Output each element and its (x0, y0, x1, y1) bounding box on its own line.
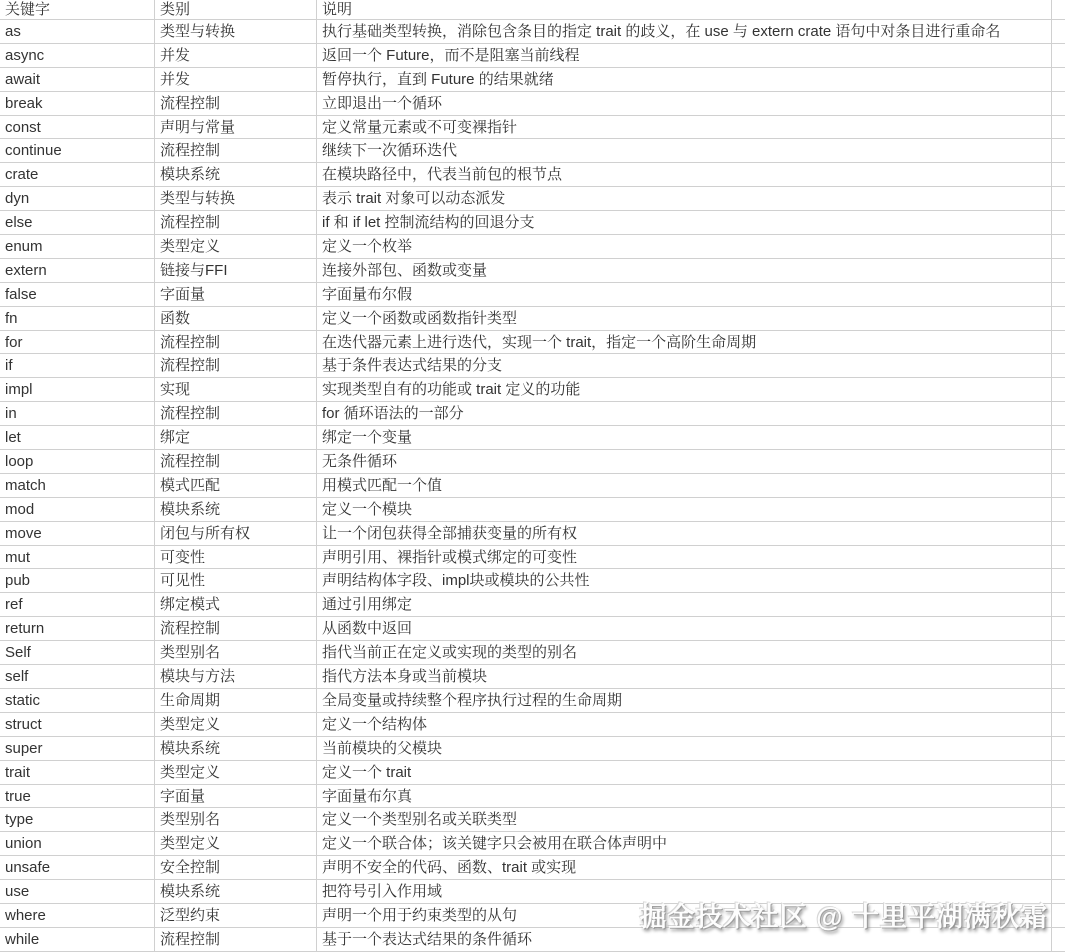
table-row: dyn类型与转换表示 trait 对象可以动态派发 (0, 187, 1065, 211)
category-cell[interactable]: 闭包与所有权 (155, 522, 317, 546)
extra-cell[interactable] (1052, 569, 1065, 593)
description-cell[interactable]: 表示 trait 对象可以动态派发 (317, 187, 1052, 211)
header-category: 类别 (155, 0, 317, 20)
description-cell[interactable]: 定义一个模块 (317, 498, 1052, 522)
category-cell[interactable]: 类型别名 (155, 641, 317, 665)
keyword-cell[interactable]: fn (0, 307, 155, 331)
category-cell[interactable]: 安全控制 (155, 856, 317, 880)
description-cell[interactable]: 定义一个函数或函数指针类型 (317, 307, 1052, 331)
category-cell[interactable]: 可见性 (155, 569, 317, 593)
header-extra-cell (1052, 0, 1065, 20)
extra-cell[interactable] (1052, 546, 1065, 570)
table-row: pub可见性声明结构体字段、impl块或模块的公共性 (0, 569, 1065, 593)
keyword-cell[interactable]: self (0, 665, 155, 689)
keyword-cell[interactable]: type (0, 808, 155, 832)
table-body: as类型与转换执行基础类型转换，消除包含条目的指定 trait 的歧义，在 us… (0, 20, 1065, 952)
extra-cell[interactable] (1052, 785, 1065, 809)
keyword-cell[interactable]: struct (0, 713, 155, 737)
extra-cell[interactable] (1052, 450, 1065, 474)
extra-cell[interactable] (1052, 163, 1065, 187)
keyword-cell[interactable]: const (0, 116, 155, 140)
extra-cell[interactable] (1052, 68, 1065, 92)
table-row: fn函数定义一个函数或函数指针类型 (0, 307, 1065, 331)
table-row: as类型与转换执行基础类型转换，消除包含条目的指定 trait 的歧义，在 us… (0, 20, 1065, 44)
description-cell[interactable]: 当前模块的父模块 (317, 737, 1052, 761)
extra-cell[interactable] (1052, 641, 1065, 665)
keyword-cell[interactable]: match (0, 474, 155, 498)
extra-cell[interactable] (1052, 761, 1065, 785)
description-cell[interactable]: 无条件循环 (317, 450, 1052, 474)
table-row: Self类型别名指代当前正在定义或实现的类型的别名 (0, 641, 1065, 665)
description-cell[interactable]: 实现类型自有的功能或 trait 定义的功能 (317, 378, 1052, 402)
description-cell[interactable]: 从函数中返回 (317, 617, 1052, 641)
category-cell[interactable]: 流程控制 (155, 402, 317, 426)
description-cell[interactable]: 字面量布尔真 (317, 785, 1052, 809)
extra-cell[interactable] (1052, 498, 1065, 522)
table-row: continue流程控制继续下一次循环迭代 (0, 139, 1065, 163)
category-cell[interactable]: 流程控制 (155, 450, 317, 474)
table-row: extern链接与FFI连接外部包、函数或变量 (0, 259, 1065, 283)
table-row: if流程控制基于条件表达式结果的分支 (0, 354, 1065, 378)
category-cell[interactable]: 模块系统 (155, 498, 317, 522)
header-keyword: 关键字 (0, 0, 155, 20)
extra-cell[interactable] (1052, 187, 1065, 211)
description-cell[interactable]: 基于条件表达式结果的分支 (317, 354, 1052, 378)
description-cell[interactable]: 绑定一个变量 (317, 426, 1052, 450)
category-cell[interactable]: 绑定模式 (155, 593, 317, 617)
table-row: match模式匹配用模式匹配一个值 (0, 474, 1065, 498)
keyword-cell[interactable]: dyn (0, 187, 155, 211)
description-cell[interactable]: 通过引用绑定 (317, 593, 1052, 617)
table-row: true字面量字面量布尔真 (0, 785, 1065, 809)
description-cell[interactable]: 执行基础类型转换，消除包含条目的指定 trait 的歧义，在 use 与 ext… (317, 20, 1052, 44)
extra-cell[interactable] (1052, 235, 1065, 259)
extra-cell[interactable] (1052, 522, 1065, 546)
category-cell[interactable]: 字面量 (155, 283, 317, 307)
keyword-cell[interactable]: where (0, 904, 155, 928)
category-cell[interactable]: 类型与转换 (155, 187, 317, 211)
table-row: let绑定绑定一个变量 (0, 426, 1065, 450)
extra-cell[interactable] (1052, 20, 1065, 44)
keyword-cell[interactable]: await (0, 68, 155, 92)
extra-cell[interactable] (1052, 808, 1065, 832)
table-row: move闭包与所有权让一个闭包获得全部捕获变量的所有权 (0, 522, 1065, 546)
category-cell[interactable]: 模块系统 (155, 880, 317, 904)
category-cell[interactable]: 流程控制 (155, 617, 317, 641)
category-cell[interactable]: 模式匹配 (155, 474, 317, 498)
table-row: self模块与方法指代方法本身或当前模块 (0, 665, 1065, 689)
extra-cell[interactable] (1052, 402, 1065, 426)
table-row: mut可变性声明引用、裸指针或模式绑定的可变性 (0, 546, 1065, 570)
category-cell[interactable]: 函数 (155, 307, 317, 331)
category-cell[interactable]: 并发 (155, 68, 317, 92)
table-row: unsafe安全控制声明不安全的代码、函数、trait 或实现 (0, 856, 1065, 880)
extra-cell[interactable] (1052, 283, 1065, 307)
keyword-cell[interactable]: static (0, 689, 155, 713)
category-cell[interactable]: 类型定义 (155, 761, 317, 785)
table-row: type类型别名定义一个类型别名或关联类型 (0, 808, 1065, 832)
keyword-cell[interactable]: else (0, 211, 155, 235)
category-cell[interactable]: 类型定义 (155, 713, 317, 737)
table-row: crate模块系统在模块路径中，代表当前包的根节点 (0, 163, 1065, 187)
keyword-cell[interactable]: use (0, 880, 155, 904)
description-cell[interactable]: 声明一个用于约束类型的从句 (317, 904, 1052, 928)
extra-cell[interactable] (1052, 713, 1065, 737)
keyword-cell[interactable]: return (0, 617, 155, 641)
extra-cell[interactable] (1052, 211, 1065, 235)
extra-cell[interactable] (1052, 904, 1065, 928)
keyword-cell[interactable]: true (0, 785, 155, 809)
category-cell[interactable]: 流程控制 (155, 354, 317, 378)
table-row: await并发暂停执行，直到 Future 的结果就绪 (0, 68, 1065, 92)
category-cell[interactable]: 模块系统 (155, 737, 317, 761)
extra-cell[interactable] (1052, 92, 1065, 116)
description-cell[interactable]: 定义常量元素或不可变裸指针 (317, 116, 1052, 140)
description-cell[interactable]: 在模块路径中，代表当前包的根节点 (317, 163, 1052, 187)
keyword-cell[interactable]: crate (0, 163, 155, 187)
keyword-cell[interactable]: break (0, 92, 155, 116)
keyword-cell[interactable]: trait (0, 761, 155, 785)
table-row: impl实现实现类型自有的功能或 trait 定义的功能 (0, 378, 1065, 402)
keyword-cell[interactable]: mut (0, 546, 155, 570)
description-cell[interactable]: 继续下一次循环迭代 (317, 139, 1052, 163)
table-row: enum类型定义定义一个枚举 (0, 235, 1065, 259)
description-cell[interactable]: 声明引用、裸指针或模式绑定的可变性 (317, 546, 1052, 570)
description-cell[interactable]: 定义一个联合体；该关键字只会被用在联合体声明中 (317, 832, 1052, 856)
category-cell[interactable]: 模块系统 (155, 163, 317, 187)
extra-cell[interactable] (1052, 354, 1065, 378)
description-cell[interactable]: 定义一个结构体 (317, 713, 1052, 737)
description-cell[interactable]: 让一个闭包获得全部捕获变量的所有权 (317, 522, 1052, 546)
keyword-cell[interactable]: async (0, 44, 155, 68)
keyword-cell[interactable]: let (0, 426, 155, 450)
extra-cell[interactable] (1052, 426, 1065, 450)
table-row: break流程控制立即退出一个循环 (0, 92, 1065, 116)
description-cell[interactable]: 立即退出一个循环 (317, 92, 1052, 116)
extra-cell[interactable] (1052, 116, 1065, 140)
table-row: async并发返回一个 Future，而不是阻塞当前线程 (0, 44, 1065, 68)
description-cell[interactable]: 定义一个枚举 (317, 235, 1052, 259)
table-row: return流程控制从函数中返回 (0, 617, 1065, 641)
category-cell[interactable]: 可变性 (155, 546, 317, 570)
description-cell[interactable]: 在迭代器元素上进行迭代，实现一个 trait，指定一个高阶生命周期 (317, 331, 1052, 355)
category-cell[interactable]: 流程控制 (155, 211, 317, 235)
description-cell[interactable]: if 和 if let 控制流结构的回退分支 (317, 211, 1052, 235)
extra-cell[interactable] (1052, 928, 1065, 952)
description-cell[interactable]: 指代方法本身或当前模块 (317, 665, 1052, 689)
table-row: loop流程控制无条件循环 (0, 450, 1065, 474)
keyword-cell[interactable]: super (0, 737, 155, 761)
table-row: ref绑定模式通过引用绑定 (0, 593, 1065, 617)
category-cell[interactable]: 模块与方法 (155, 665, 317, 689)
description-cell[interactable]: 用模式匹配一个值 (317, 474, 1052, 498)
keyword-cell[interactable]: if (0, 354, 155, 378)
table-row: where泛型约束声明一个用于约束类型的从句 (0, 904, 1065, 928)
description-cell[interactable]: 把符号引入作用域 (317, 880, 1052, 904)
description-cell[interactable]: 连接外部包、函数或变量 (317, 259, 1052, 283)
category-cell[interactable]: 绑定 (155, 426, 317, 450)
extra-cell[interactable] (1052, 617, 1065, 641)
table-row: mod模块系统定义一个模块 (0, 498, 1065, 522)
keyword-table: 关键字 类别 说明 as类型与转换执行基础类型转换，消除包含条目的指定 trai… (0, 0, 1065, 952)
category-cell[interactable]: 声明与常量 (155, 116, 317, 140)
keyword-cell[interactable]: impl (0, 378, 155, 402)
table-row: union类型定义定义一个联合体；该关键字只会被用在联合体声明中 (0, 832, 1065, 856)
keyword-cell[interactable]: pub (0, 569, 155, 593)
description-cell[interactable]: for 循环语法的一部分 (317, 402, 1052, 426)
description-cell[interactable]: 指代当前正在定义或实现的类型的别名 (317, 641, 1052, 665)
table-row: while流程控制基于一个表达式结果的条件循环 (0, 928, 1065, 952)
extra-cell[interactable] (1052, 689, 1065, 713)
description-cell[interactable]: 声明结构体字段、impl块或模块的公共性 (317, 569, 1052, 593)
category-cell[interactable]: 类型定义 (155, 832, 317, 856)
extra-cell[interactable] (1052, 593, 1065, 617)
keyword-cell[interactable]: unsafe (0, 856, 155, 880)
extra-cell[interactable] (1052, 880, 1065, 904)
description-cell[interactable]: 基于一个表达式结果的条件循环 (317, 928, 1052, 952)
extra-cell[interactable] (1052, 378, 1065, 402)
table-row: else流程控制if 和 if let 控制流结构的回退分支 (0, 211, 1065, 235)
category-cell[interactable]: 链接与FFI (155, 259, 317, 283)
table-row: use模块系统把符号引入作用域 (0, 880, 1065, 904)
extra-cell[interactable] (1052, 474, 1065, 498)
extra-cell[interactable] (1052, 737, 1065, 761)
category-cell[interactable]: 流程控制 (155, 928, 317, 952)
table-row: super模块系统当前模块的父模块 (0, 737, 1065, 761)
table-row: static生命周期全局变量或持续整个程序执行过程的生命周期 (0, 689, 1065, 713)
keyword-cell[interactable]: Self (0, 641, 155, 665)
keyword-cell[interactable]: loop (0, 450, 155, 474)
extra-cell[interactable] (1052, 331, 1065, 355)
description-cell[interactable]: 返回一个 Future，而不是阻塞当前线程 (317, 44, 1052, 68)
category-cell[interactable]: 流程控制 (155, 139, 317, 163)
description-cell[interactable]: 声明不安全的代码、函数、trait 或实现 (317, 856, 1052, 880)
keyword-cell[interactable]: while (0, 928, 155, 952)
extra-cell[interactable] (1052, 856, 1065, 880)
extra-cell[interactable] (1052, 259, 1065, 283)
header-description: 说明 (317, 0, 1052, 20)
table-row: for流程控制在迭代器元素上进行迭代，实现一个 trait，指定一个高阶生命周期 (0, 331, 1065, 355)
category-cell[interactable]: 类型别名 (155, 808, 317, 832)
header-row: 关键字 类别 说明 (0, 0, 1065, 20)
category-cell[interactable]: 类型定义 (155, 235, 317, 259)
description-cell[interactable]: 字面量布尔假 (317, 283, 1052, 307)
keyword-cell[interactable]: ref (0, 593, 155, 617)
category-cell[interactable]: 泛型约束 (155, 904, 317, 928)
keyword-cell[interactable]: extern (0, 259, 155, 283)
keyword-cell[interactable]: as (0, 20, 155, 44)
keyword-cell[interactable]: union (0, 832, 155, 856)
keyword-cell[interactable]: for (0, 331, 155, 355)
table-row: false字面量字面量布尔假 (0, 283, 1065, 307)
description-cell[interactable]: 全局变量或持续整个程序执行过程的生命周期 (317, 689, 1052, 713)
table-row: const声明与常量定义常量元素或不可变裸指针 (0, 116, 1065, 140)
extra-cell[interactable] (1052, 832, 1065, 856)
extra-cell[interactable] (1052, 44, 1065, 68)
keyword-cell[interactable]: mod (0, 498, 155, 522)
extra-cell[interactable] (1052, 665, 1065, 689)
category-cell[interactable]: 流程控制 (155, 331, 317, 355)
keyword-cell[interactable]: enum (0, 235, 155, 259)
description-cell[interactable]: 定义一个类型别名或关联类型 (317, 808, 1052, 832)
table-row: trait类型定义定义一个 trait (0, 761, 1065, 785)
category-cell[interactable]: 并发 (155, 44, 317, 68)
description-cell[interactable]: 定义一个 trait (317, 761, 1052, 785)
extra-cell[interactable] (1052, 139, 1065, 163)
category-cell[interactable]: 字面量 (155, 785, 317, 809)
table-row: in流程控制for 循环语法的一部分 (0, 402, 1065, 426)
keyword-cell[interactable]: move (0, 522, 155, 546)
extra-cell[interactable] (1052, 307, 1065, 331)
category-cell[interactable]: 流程控制 (155, 92, 317, 116)
category-cell[interactable]: 生命周期 (155, 689, 317, 713)
description-cell[interactable]: 暂停执行，直到 Future 的结果就绪 (317, 68, 1052, 92)
category-cell[interactable]: 类型与转换 (155, 20, 317, 44)
table-row: struct类型定义定义一个结构体 (0, 713, 1065, 737)
keyword-cell[interactable]: in (0, 402, 155, 426)
keyword-cell[interactable]: false (0, 283, 155, 307)
category-cell[interactable]: 实现 (155, 378, 317, 402)
keyword-cell[interactable]: continue (0, 139, 155, 163)
